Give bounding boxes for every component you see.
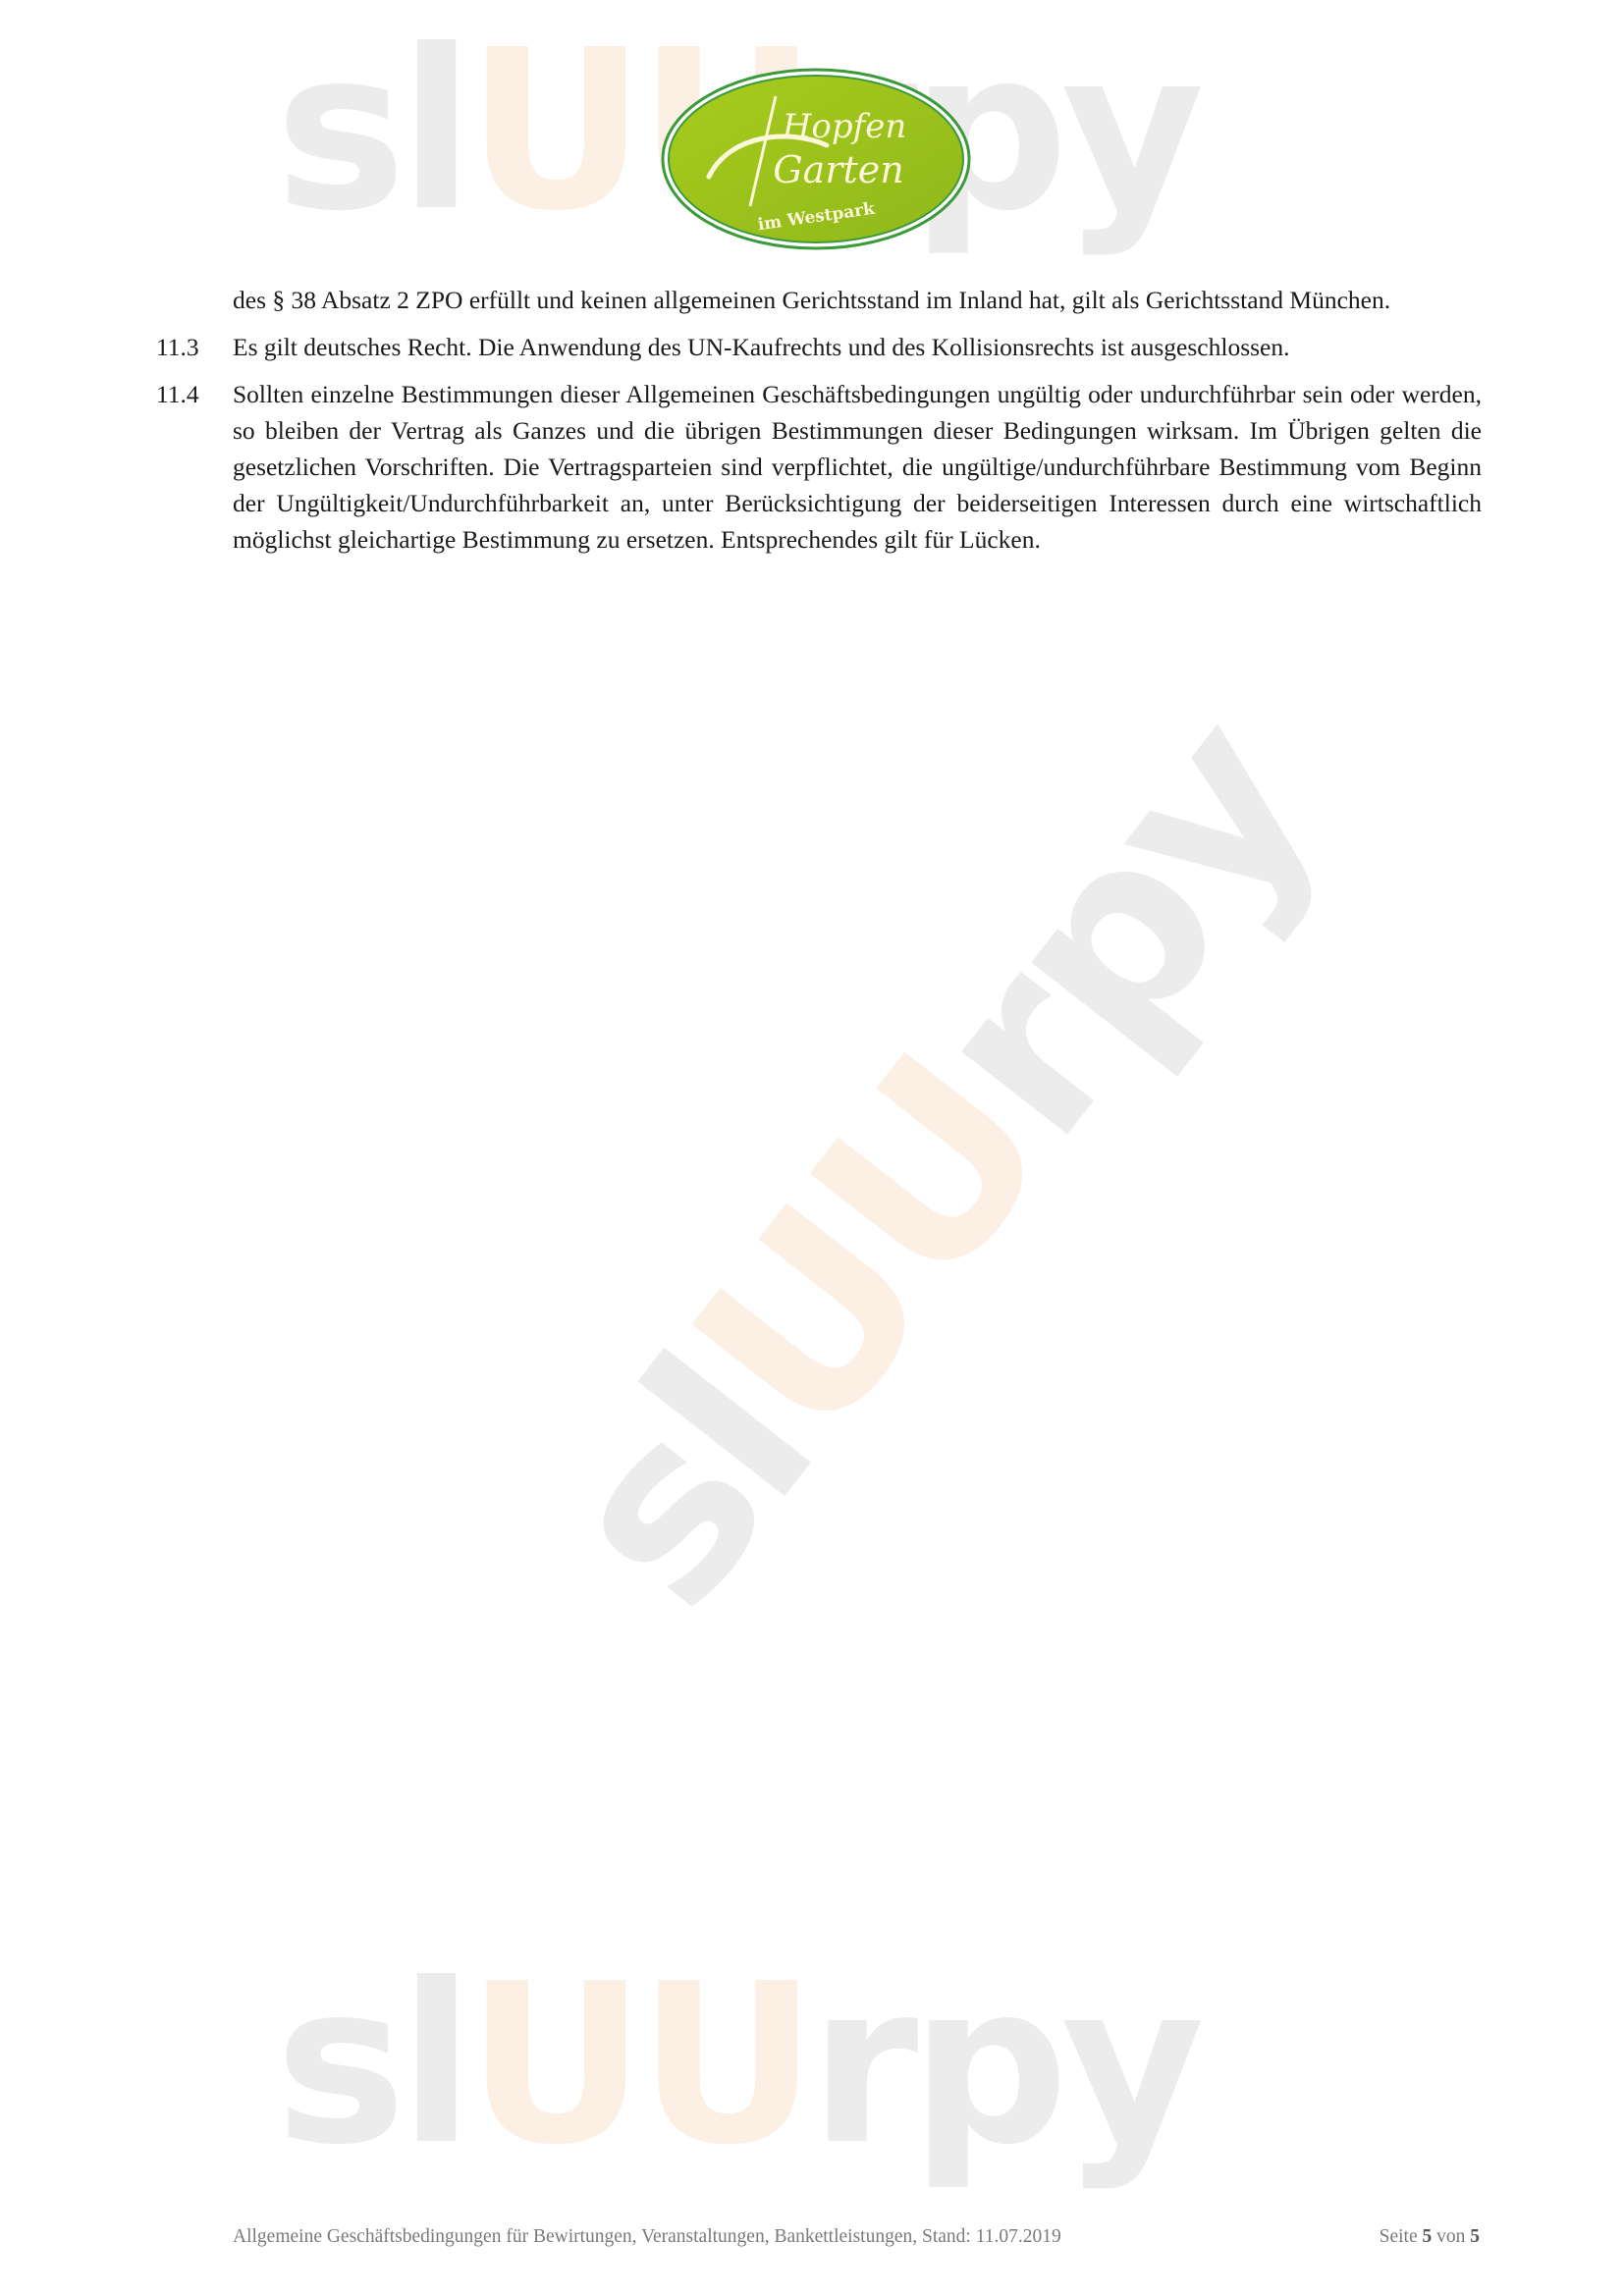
section-11-4: 11.4 Sollten einzelne Bestimmungen diese… xyxy=(156,376,1482,558)
watermark-text: rpy xyxy=(809,1937,1197,2194)
paragraph-text: des § 38 Absatz 2 ZPO erfüllt und keinen… xyxy=(156,282,1482,318)
watermark-text: sl xyxy=(275,3,466,260)
watermark-bottom: slUUrpy xyxy=(275,1955,1197,2176)
section-number: 11.3 xyxy=(156,329,233,365)
page-current: 5 xyxy=(1423,2226,1433,2247)
section-number: 11.4 xyxy=(156,376,233,558)
section-11-3: 11.3 Es gilt deutsches Recht. Die Anwend… xyxy=(156,329,1482,365)
section-text: Sollten einzelne Bestimmungen dieser All… xyxy=(233,376,1482,558)
logo-text-hopfen: Hopfen xyxy=(782,107,907,146)
section-text: Es gilt deutsches Recht. Die Anwendung d… xyxy=(233,329,1482,365)
document-body: des § 38 Absatz 2 ZPO erfüllt und keinen… xyxy=(156,282,1482,568)
footer-title: Allgemeine Geschäftsbedingungen für Bewi… xyxy=(233,2226,1061,2248)
page-number: Seite 5 von 5 xyxy=(1380,2226,1480,2248)
paragraph-continuation: des § 38 Absatz 2 ZPO erfüllt und keinen… xyxy=(156,282,1482,318)
watermark-text: UU xyxy=(466,1937,809,2194)
page-label: Seite xyxy=(1380,2226,1418,2247)
watermark-text: sl xyxy=(275,1937,466,2194)
watermark-middle: slUUrpy xyxy=(523,681,1351,1644)
page-footer: Allgemeine Geschäftsbedingungen für Bewi… xyxy=(233,2226,1480,2248)
page-of: von xyxy=(1436,2226,1465,2247)
hopfengarten-logo: Hopfen Garten im Westpark xyxy=(660,67,972,251)
logo-text-garten: Garten xyxy=(773,148,903,191)
page-total: 5 xyxy=(1470,2226,1480,2247)
